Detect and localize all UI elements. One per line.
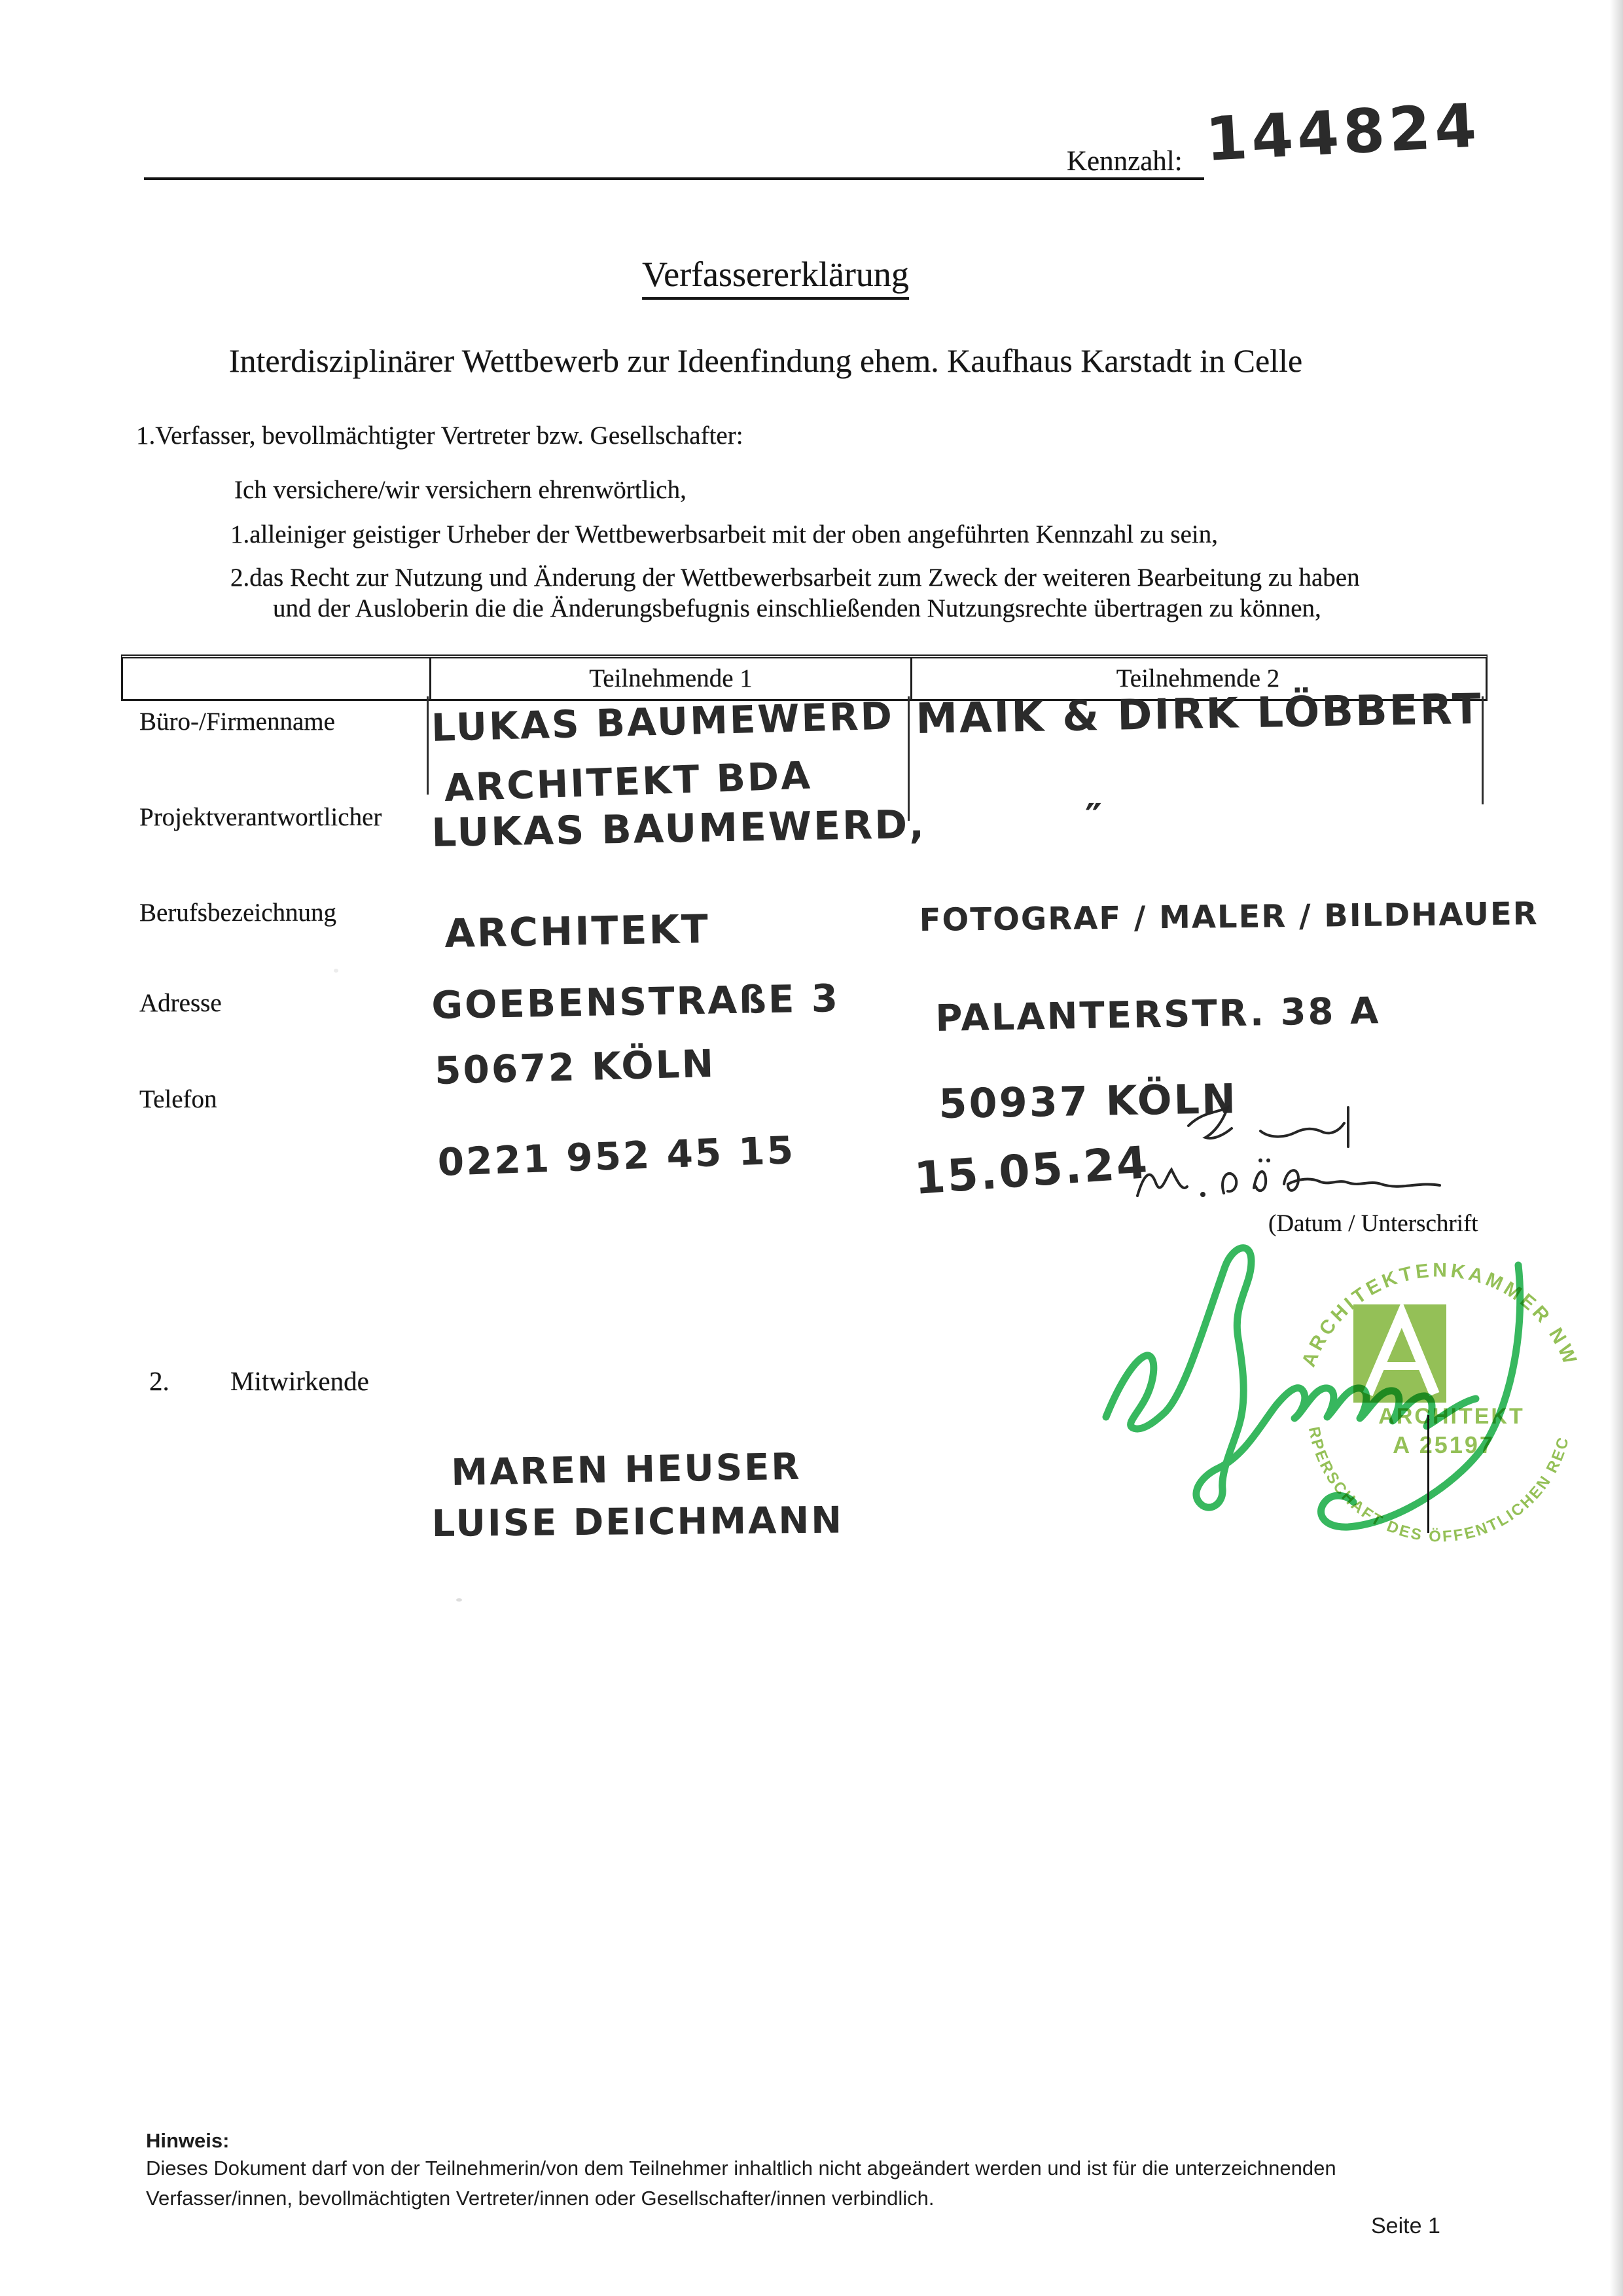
scan-speck	[334, 969, 338, 973]
row-label-telefon: Telefon	[139, 1085, 217, 1114]
kennzahl-label: Kennzahl:	[1067, 145, 1183, 177]
entry-projektverantwortlicher-t1: LUKAS BAUMEWERD,	[431, 802, 927, 856]
kennzahl-underline	[144, 177, 1204, 180]
signature-loebbert-black	[1126, 1142, 1453, 1214]
stray-pen-line	[1427, 1415, 1429, 1533]
assurance-intro: Ich versichere/wir versichern ehrenwörtl…	[234, 475, 687, 505]
mitwirkende-entry-1: MAREN HEUSER	[451, 1446, 802, 1494]
footer-hinweis-label: Hinweis:	[146, 2129, 229, 2153]
entry-firmenname-t1-line2: ARCHITEKT BDA	[444, 753, 813, 810]
page-number: Seite 1	[1371, 2214, 1440, 2239]
scan-speck	[456, 1598, 462, 1602]
table-column-stub-1	[427, 696, 429, 795]
section1-heading: 1.Verfasser, bevollmächtigter Vertreter …	[136, 421, 743, 450]
entry-projektverantwortlicher-t2-ditto: ″	[1085, 795, 1104, 840]
row-label-berufsbezeichnung: Berufsbezeichnung	[139, 898, 336, 927]
entry-berufsbezeichnung-t1: ARCHITEKT	[444, 906, 711, 957]
entry-adresse-t1-line2: 50672 KÖLN	[434, 1041, 716, 1093]
assurance-item-2-line1: 2.das Recht zur Nutzung und Änderung der…	[230, 563, 1360, 592]
footer-line-2: Verfasser/innen, bevollmächtigten Vertre…	[146, 2187, 935, 2210]
assurance-item-1: 1.alleiniger geistiger Urheber der Wettb…	[230, 520, 1218, 549]
assurance-item-2-line2: und der Ausloberin die die Änderungsbefu…	[273, 594, 1321, 623]
column-header-teilnehmende-1: Teilnehmende 1	[431, 664, 910, 693]
footer-line-1: Dieses Dokument darf von der Teilnehmeri…	[146, 2157, 1336, 2180]
scanned-document-page: Kennzahl: 144824 Verfassererklärung Inte…	[0, 0, 1623, 2296]
row-label-projektverantwortlicher: Projektverantwortlicher	[139, 802, 382, 832]
entry-berufsbezeichnung-t2: FOTOGRAF / MALER / BILDHAUER	[919, 895, 1539, 939]
section2-number: 2.	[149, 1365, 169, 1397]
competition-subtitle: Interdisziplinärer Wettbewerb zur Ideenf…	[229, 342, 1302, 380]
row-label-buero-firmenname: Büro-/Firmenname	[139, 707, 335, 736]
row-label-adresse: Adresse	[139, 988, 222, 1018]
section2-heading: Mitwirkende	[230, 1365, 369, 1397]
entry-adresse-t2-line1: PALANTERSTR. 38 A	[935, 990, 1381, 1040]
entry-adresse-t1-line1: GOEBENSTRAßE 3	[431, 976, 840, 1028]
kennzahl-value: 144824	[1204, 90, 1482, 175]
mitwirkende-entry-2: LUISE DEICHMANN	[431, 1499, 844, 1545]
entry-firmenname-t1-line1: LUKAS BAUMEWERD	[431, 694, 894, 750]
date-handwritten: 15.05.24	[912, 1137, 1150, 1205]
entry-firmenname-t2: MAIK & DIRK LÖBBERT	[916, 685, 1484, 744]
entry-telefon-t1: 0221 952 45 15	[437, 1128, 796, 1185]
page-title: Verfassererklärung	[642, 254, 909, 300]
scanner-edge-shadow	[1610, 0, 1623, 2296]
signature-green-marker	[1073, 1227, 1544, 1554]
